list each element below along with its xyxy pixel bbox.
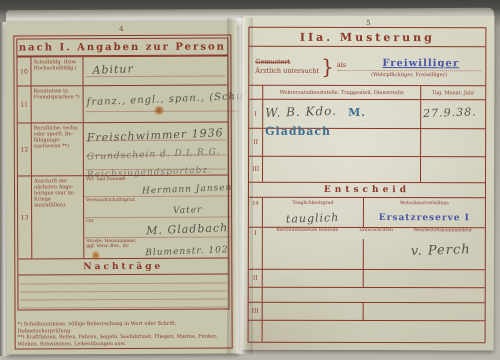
row-11-label: Kenntnisse in Fremd­sprachen *) — [32, 86, 84, 122]
musterung-row-3-num: III — [249, 157, 263, 182]
musterung-row-2-date — [421, 129, 485, 156]
entscheid-subheader-2-cols: Beschlußfassende Behörde Unterschriften … — [263, 228, 485, 240]
footnote-1: *) Schulkenntnisse, völlige Beherrschung… — [18, 321, 230, 335]
footnote-2: **) Kraftfahren, Reiten, Fahren, Segeln,… — [18, 334, 230, 348]
kommandeur-label: Wehrbezirkskommandeur — [400, 228, 484, 239]
row-3-full-num — [249, 321, 263, 342]
signature-row-cols: v. Perch — [263, 239, 485, 270]
subrow-ort-label: Ort — [84, 217, 142, 224]
left-table: nach I. Angaben zur Person 10 Schulbildg… — [16, 38, 229, 311]
entscheid-row-2-full — [249, 287, 485, 303]
als-sub-label: (Wehrpflichtiger, Freiwilliger) — [337, 71, 481, 77]
handwriting-verwandtschaft: Vater — [172, 205, 202, 216]
intro-labels: Gemustert Ärztlich untersucht — [255, 57, 319, 75]
left-page-number: 4 — [5, 24, 237, 33]
musterung-row-1-entry: W. B. Kdo. M. Gladbach — [263, 100, 421, 128]
row-2-right-cell — [364, 270, 485, 287]
field-14-number: 14 — [249, 198, 263, 209]
entscheid-header: Entscheid — [249, 182, 485, 199]
musterung-intro: Gemustert Ärztlich untersucht } als Frei… — [249, 47, 485, 87]
header-date-col: Tag, Monat, Jahr — [421, 86, 485, 99]
entscheid-row-1-num: I — [249, 228, 263, 239]
row-10-label: Schulbildg. (bzw. Hochschulbildg.) — [31, 57, 83, 85]
row-11-value-area: franz., engl., span., (Schule) — [84, 85, 263, 122]
ruled-line — [20, 291, 226, 293]
subrow-verwandtschaft-label: Verwandtschafts­grad — [84, 197, 142, 204]
handwriting-ort: M. Gladbach — [146, 221, 228, 237]
entscheid-subheader: 14 Tauglichkeitsgrad Wehrdienstverhältni… — [249, 198, 485, 210]
handwriting-signature: v. Perch — [411, 242, 471, 259]
row-12-number: 12 — [18, 123, 32, 175]
ruled-line — [20, 283, 226, 285]
subrow-ort: Ort M. Gladbach — [84, 217, 232, 238]
header-main-col: Wehrersatzdienststelle, Truppenteil, Die… — [263, 86, 421, 99]
row-2-full-num — [249, 288, 263, 302]
row-13-number: 13 — [18, 176, 32, 258]
musterung-row-1-num: I — [249, 100, 263, 128]
nachtraege-blank-lines — [18, 274, 228, 310]
ersatzreserve-stamp: Ersatzreserve I — [379, 213, 470, 223]
musterung-table-header: Wehrersatzdienststelle, Truppenteil, Die… — [249, 86, 485, 100]
entscheid-values-num — [249, 209, 263, 227]
row-12-value-area: Freischwimmer 1936 Grundschein d. D.L.R.… — [84, 123, 228, 176]
musterung-row-2-entry — [263, 129, 421, 156]
entscheid-row-2-num: II — [249, 270, 263, 287]
nachtraege-header: Nachträge — [18, 258, 228, 275]
signature-right-cell: v. Perch — [364, 239, 485, 269]
entscheid-subheader-2: I Beschlußfassende Behörde Unterschrifte… — [249, 227, 485, 240]
entscheid-row-2-cols — [263, 270, 485, 288]
als-line: als Freiwilliger — [337, 57, 482, 70]
gemustert-label-struck: Gemustert — [255, 57, 319, 66]
row-3-full-cell — [263, 321, 485, 343]
footnotes: *) Schulkenntnisse, völlige Beherrschung… — [18, 321, 230, 348]
handwriting-date: 27.9.38. — [423, 105, 477, 120]
musterung-row-1: I W. B. Kdo. M. Gladbach 27.9.38. — [249, 99, 485, 129]
row-2-full-cell — [263, 288, 485, 303]
row-12-label: Berufliche, techn. oder sportl. Be­fähig… — [32, 123, 84, 175]
musterung-row-2-num: II — [249, 129, 263, 156]
ruled-line — [20, 299, 226, 301]
wehrdienstverhaeltnis-label: Wehrdienstverhältnis — [364, 198, 485, 209]
row-3-right-cell — [364, 303, 485, 320]
entscheid-signature-row: v. Perch — [249, 239, 485, 270]
musterung-row-2: II — [249, 128, 485, 157]
tauglichkeitsgrad-label: Tauglichkeitsgrad — [263, 198, 364, 209]
row-10-number: 10 — [17, 57, 31, 85]
aerztlich-label: Ärztlich untersucht — [255, 66, 319, 75]
row-11-number: 11 — [18, 86, 32, 122]
subrow-name: Vor- und Zuname Hermann Jansen — [84, 176, 232, 197]
als-label: als — [337, 60, 346, 68]
row-13-label: Anschrift der nächsten Ange­hörigen (nur… — [32, 176, 84, 258]
subrow-strasse-label: Straße, Hausnummer, ggf. Verw.-Bez., Kr. — [84, 238, 142, 250]
wehrpass-photo: 4 nach I. Angaben zur Person 10 Schulbil… — [0, 0, 500, 360]
right-header: IIa. Musterung — [249, 28, 485, 48]
handwriting-name: Hermann Jansen — [142, 183, 233, 197]
handwriting-sprachen: franz., engl., span., (Schule) — [86, 90, 259, 108]
entscheid-row-3-pair: III — [249, 302, 485, 321]
header-num-col — [249, 86, 263, 99]
signature-row-num — [249, 239, 263, 269]
als-area: als Freiwilliger (Wehrpflichtiger, Freiw… — [337, 55, 482, 77]
left-header: nach I. Angaben zur Person — [17, 39, 227, 57]
subrow-verwandtschaft: Verwandtschafts­grad Vater — [84, 196, 232, 217]
handwriting-strasse: Blumenstr. 102 — [146, 245, 230, 258]
right-page: 5 IIa. Musterung Gemustert Ärztlich unte… — [242, 16, 495, 351]
musterung-row-3: III — [249, 156, 485, 183]
entscheid-values-cols: tauglich Ersatzreserve I — [263, 209, 485, 228]
left-page: 4 nach I. Angaben zur Person 10 Schulbil… — [5, 21, 238, 354]
handwriting-schulbildung: Abitur — [92, 62, 134, 77]
ruled-line — [21, 307, 227, 309]
entscheid-row-3-full — [249, 320, 485, 343]
entscheid-row-3-num: III — [249, 303, 263, 320]
row-10-value-area: Abitur — [83, 57, 227, 86]
row-3-left-cell — [263, 303, 364, 320]
right-page-frame: IIa. Musterung Gemustert Ärztlich unters… — [248, 27, 487, 344]
entscheid-row-2-pair: II — [249, 269, 485, 288]
entscheid-values: tauglich Ersatzreserve I — [249, 209, 485, 228]
subrow-name-label: Vor- und Zuname — [84, 176, 142, 183]
ruled-line — [86, 110, 261, 112]
row-sprachen: 11 Kenntnisse in Fremd­sprachen *) franz… — [18, 85, 228, 123]
row-13-value-area: Vor- und Zuname Hermann Jansen Verwandts… — [84, 176, 233, 259]
left-page-frame: nach I. Angaben zur Person 10 Schulbildg… — [13, 35, 232, 350]
behoerde-label: Beschlußfassende Behörde — [263, 228, 352, 239]
handwriting-tauglich: tauglich — [286, 210, 340, 225]
handwriting-wbkdo: W. B. Kdo. — [265, 104, 337, 120]
brace-glyph: } — [321, 54, 334, 78]
musterung-row-3-date — [421, 157, 485, 182]
signature-left-cell — [263, 239, 364, 269]
musterung-row-3-entry — [263, 157, 421, 182]
subrow-strasse: Straße, Hausnummer, ggf. Verw.-Bez., Kr.… — [84, 238, 232, 258]
row-angehoerige: 13 Anschrift der nächsten Ange­hörigen (… — [18, 175, 228, 259]
entscheid-subheader-cols: Tauglichkeitsgrad Wehrdienstverhältnis — [263, 198, 485, 210]
row-2-left-cell — [263, 270, 364, 287]
freiwilliger-stamp: Freiwilliger — [360, 57, 481, 68]
unterschriften-label: Unterschriften — [352, 228, 401, 239]
musterung-row-1-date: 27.9.38. — [421, 100, 485, 128]
entscheid-row-3-cols — [263, 303, 485, 321]
row-befaehigung: 12 Berufliche, techn. oder sportl. Be­fä… — [18, 122, 228, 176]
row-schulbildung: 10 Schulbildg. (bzw. Hochschulbildg.) Ab… — [17, 56, 227, 86]
